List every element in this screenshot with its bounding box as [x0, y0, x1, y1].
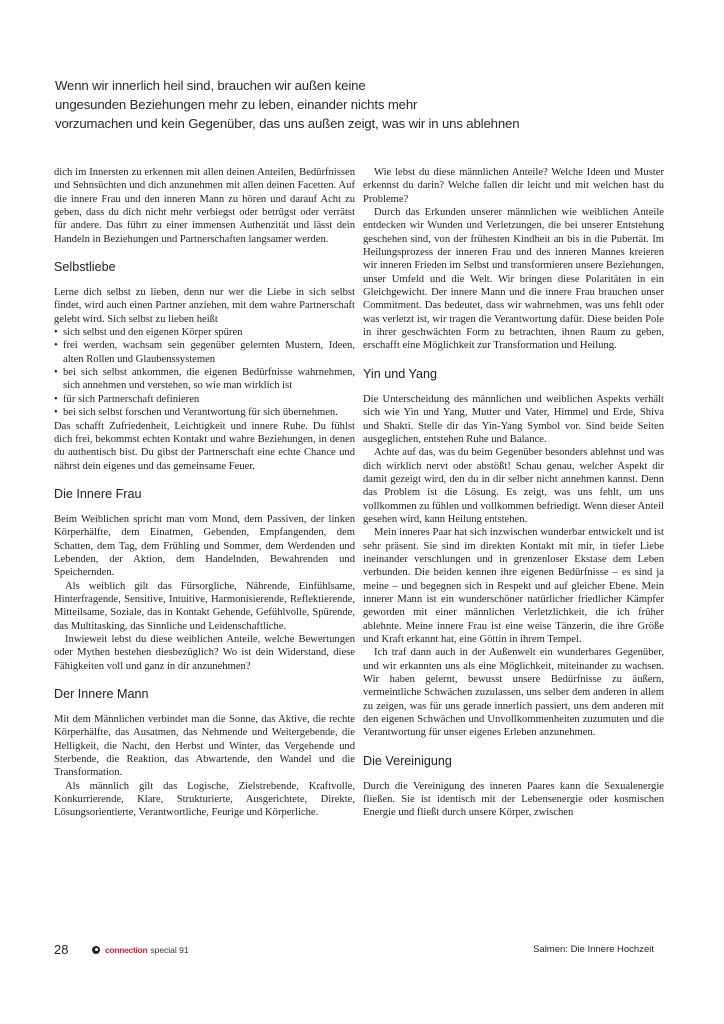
paragraph: Das schafft Zufriedenheit, Leichtigkeit … [54, 420, 355, 473]
right-column: Wie lebst du diese männlichen Anteile? W… [363, 166, 664, 820]
pull-quote-line: ungesunden Beziehungen mehr zu leben, ei… [55, 95, 525, 114]
paragraph: Inwieweit lebst du diese weiblichen Ante… [54, 633, 355, 673]
intro-paragraph: dich im Innersten zu erkennen mit allen … [54, 166, 355, 246]
paragraph: Als weiblich gilt das Fürsorgliche, Nähr… [54, 580, 355, 633]
left-column: dich im Innersten zu erkennen mit allen … [54, 166, 355, 820]
list-item: frei werden, wachsam sein gegenüber gele… [54, 339, 355, 366]
pull-quote: Wenn wir innerlich heil sind, brauchen w… [55, 76, 525, 133]
paragraph: Ich traf dann auch in der Außenwelt ein … [363, 646, 664, 739]
paragraph: Achte auf das, was du beim Gegenüber bes… [363, 446, 664, 526]
running-title: Salmen: Die Innere Hochzeit [533, 944, 654, 955]
footer-left: 28 connection special 91 [54, 942, 189, 957]
paragraph: Durch die Vereinigung des inneren Paares… [363, 780, 664, 820]
paragraph: Die Unterscheidung des männlichen und we… [363, 393, 664, 446]
list-item: bei sich selbst forschen und Verantwortu… [54, 406, 355, 419]
paragraph: Beim Weiblichen spricht man vom Mond, de… [54, 513, 355, 580]
paragraph: Lerne dich selbst zu lieben, denn nur we… [54, 286, 355, 326]
paragraph: Durch das Erkunden unserer männlichen wi… [363, 206, 664, 353]
list-item: sich selbst und den eigenen Körper spüre… [54, 326, 355, 339]
page-number: 28 [54, 942, 92, 957]
section-heading-innerer-mann: Der Innere Mann [54, 687, 355, 702]
list-item: bei sich selbst ankommen, die eigenen Be… [54, 366, 355, 393]
paragraph: Als männlich gilt das Logische, Zielstre… [54, 780, 355, 820]
magazine-brand: connection special 91 [92, 945, 189, 955]
issue-label: special 91 [150, 945, 188, 955]
section-heading-innere-frau: Die Innere Frau [54, 487, 355, 502]
list-item: für sich Partnerschaft definieren [54, 393, 355, 406]
paragraph: Mit dem Männlichen verbindet man die Son… [54, 713, 355, 780]
pull-quote-line: vorzumachen und kein Gegenüber, das uns … [55, 114, 525, 133]
section-heading-selbstliebe: Selbstliebe [54, 260, 355, 275]
paragraph: Mein inneres Paar hat sich inzwischen wu… [363, 526, 664, 646]
pull-quote-line: Wenn wir innerlich heil sind, brauchen w… [55, 76, 525, 95]
section-heading-vereinigung: Die Vereinigung [363, 754, 664, 769]
bullet-list: sich selbst und den eigenen Körper spüre… [54, 326, 355, 419]
spiral-logo-icon [92, 946, 100, 954]
brand-name: connection [105, 945, 147, 955]
paragraph: Wie lebst du diese männlichen Anteile? W… [363, 166, 664, 206]
section-heading-yin-yang: Yin und Yang [363, 367, 664, 382]
